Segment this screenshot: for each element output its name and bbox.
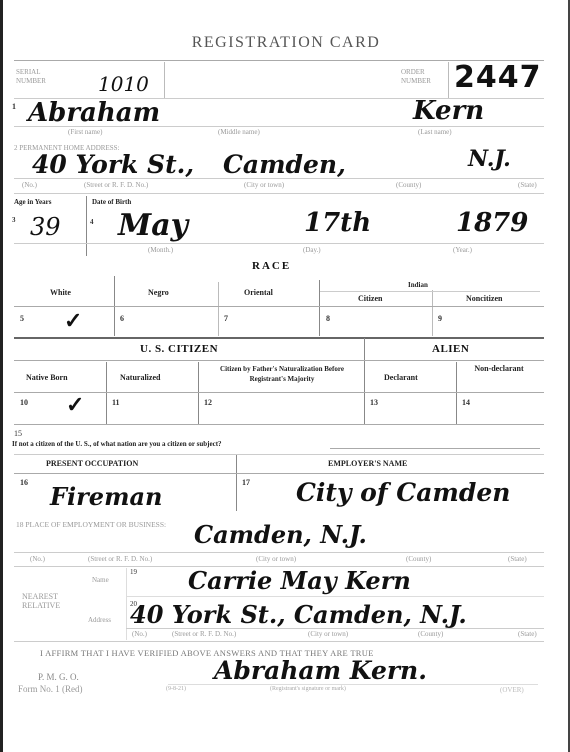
us-citizen-heading: U. S. CITIZEN: [140, 343, 218, 355]
caption-county: (County): [406, 555, 431, 563]
occupation-heading: PRESENT OCCUPATION: [46, 459, 138, 468]
registrant-signature: Abraham Kern.: [214, 656, 427, 685]
field-number: 1: [12, 102, 16, 111]
alien-heading: ALIEN: [432, 343, 469, 355]
birth-month: May: [118, 208, 188, 243]
nation-answer-line: [330, 448, 540, 449]
divider: [14, 473, 544, 474]
form-code: (9-8-21): [166, 686, 186, 692]
caption-year: (Year.): [453, 246, 472, 254]
divider: [14, 178, 544, 179]
indian-heading: Indian: [408, 281, 428, 289]
field-number: 17: [242, 478, 250, 487]
field-number: 5: [20, 314, 24, 323]
caption-street: (Street or R. F. D. No.): [84, 181, 148, 189]
nation-question: If not a citizen of the U. S., of what n…: [12, 440, 222, 448]
signature-line: [168, 684, 538, 685]
caption-month: (Month.): [148, 246, 173, 254]
race-col-oriental: Oriental: [244, 288, 273, 297]
citizen-col-naturalized: Naturalized: [120, 373, 160, 382]
form-authority: P. M. G. O.: [38, 672, 79, 682]
field-number: 14: [462, 398, 470, 407]
divider: [198, 362, 199, 424]
divider: [236, 455, 237, 511]
address-street: 40 York St.,: [32, 150, 194, 179]
divider: [14, 337, 544, 339]
caption-first-name: (First name): [68, 128, 102, 136]
serial-label: SERIALNUMBER: [16, 68, 46, 86]
caption-state: (State): [508, 555, 527, 563]
divider: [14, 360, 544, 361]
citizen-col-native-born: Native Born: [26, 373, 68, 382]
divider: [126, 568, 127, 640]
caption-no: (No.): [30, 555, 45, 563]
field-number: 7: [224, 314, 228, 323]
divider: [14, 454, 544, 455]
divider: [106, 362, 107, 424]
divider: [14, 424, 544, 425]
race-heading: RACE: [252, 260, 291, 272]
field-number: 15: [14, 429, 22, 438]
relative-address-label: Address: [88, 616, 111, 624]
divider: [319, 280, 320, 336]
field-number: 19: [130, 568, 137, 576]
race-white-checkbox[interactable]: ✓: [64, 308, 82, 334]
caption-city: (City or town): [308, 630, 348, 638]
divider: [14, 306, 544, 307]
address-state: N.J.: [468, 146, 511, 172]
serial-number: 1010: [98, 72, 149, 96]
employer-value: City of Camden: [296, 478, 510, 507]
field-number: 8: [326, 314, 330, 323]
place-of-employment-label: 18 PLACE OF EMPLOYMENT OR BUSINESS:: [16, 520, 166, 529]
race-col-white: White: [50, 288, 71, 297]
caption-county: (County): [418, 630, 443, 638]
caption-state: (State): [518, 630, 537, 638]
field-number: 11: [112, 398, 120, 407]
divider: [14, 641, 544, 642]
field-number: 9: [438, 314, 442, 323]
divider: [456, 362, 457, 424]
caption-street: (Street or R. F. D. No.): [172, 630, 236, 638]
native-born-checkbox[interactable]: ✓: [66, 392, 84, 418]
field-number: 16: [20, 478, 28, 487]
race-col-citizen: Citizen: [358, 294, 382, 303]
divider: [14, 392, 544, 393]
caption-middle-name: (Middle name): [218, 128, 260, 136]
alien-col-declarant: Declarant: [384, 373, 418, 382]
relative-address-value: 40 York St., Camden, N.J.: [130, 600, 467, 629]
caption-street: (Street or R. F. D. No.): [88, 555, 152, 563]
divider: [126, 628, 544, 629]
field-number: 4: [90, 218, 94, 226]
field-number: 6: [120, 314, 124, 323]
divider: [126, 596, 544, 597]
relative-name-label: Name: [92, 576, 109, 584]
divider: [364, 338, 365, 424]
relative-name-value: Carrie May Kern: [188, 566, 411, 595]
divider: [448, 62, 449, 98]
employer-heading: EMPLOYER'S NAME: [328, 459, 407, 468]
divider: [14, 552, 544, 553]
nearest-relative-label: NEARESTRELATIVE: [22, 592, 60, 610]
citizen-col-fathers-naturalization: Citizen by Father's Naturalization Befor…: [204, 364, 360, 384]
order-number: 2447: [454, 60, 542, 95]
divider: [218, 282, 219, 336]
age-value: 39: [30, 213, 61, 241]
divider: [86, 196, 87, 256]
first-name: Abraham: [28, 98, 160, 128]
caption-county: (County): [396, 181, 421, 189]
occupation-value: Fireman: [50, 482, 162, 511]
field-number: 3: [12, 216, 16, 224]
field-number: 13: [370, 398, 378, 407]
last-name: Kern: [413, 96, 484, 126]
address-city: Camden,: [223, 150, 346, 179]
caption-city: (City or town): [244, 181, 284, 189]
birth-day: 17th: [304, 208, 371, 238]
card-title: REGISTRATION CARD: [8, 34, 564, 52]
form-number: Form No. 1 (Red): [18, 684, 83, 694]
signature-caption: (Registrant's signature or mark): [270, 686, 346, 692]
divider: [14, 193, 544, 194]
registration-card: REGISTRATION CARD SERIALNUMBER 1010 ORDE…: [8, 0, 564, 752]
divider: [164, 62, 165, 98]
race-col-negro: Negro: [148, 288, 169, 297]
birth-year: 1879: [456, 208, 528, 238]
divider: [432, 290, 433, 336]
place-of-employment-value: Camden, N.J.: [194, 520, 367, 549]
race-col-noncitizen: Noncitizen: [466, 294, 502, 303]
field-number: 12: [204, 398, 212, 407]
birth-label: Date of Birth: [92, 198, 131, 206]
caption-city: (City or town): [256, 555, 296, 563]
divider: [320, 291, 540, 292]
caption-state: (State): [518, 181, 537, 189]
alien-col-non-declarant: Non-declarant: [466, 364, 532, 374]
scan-border-left: [0, 0, 3, 752]
field-number: 10: [20, 398, 28, 407]
caption-no: (No.): [22, 181, 37, 189]
over-label: (OVER): [500, 686, 524, 694]
caption-no: (No.): [132, 630, 147, 638]
divider: [14, 243, 544, 244]
divider: [14, 126, 544, 127]
order-label: ORDERNUMBER: [401, 68, 431, 86]
caption-day: (Day.): [303, 246, 321, 254]
caption-last-name: (Last name): [418, 128, 452, 136]
age-label: Age in Years: [14, 198, 51, 206]
